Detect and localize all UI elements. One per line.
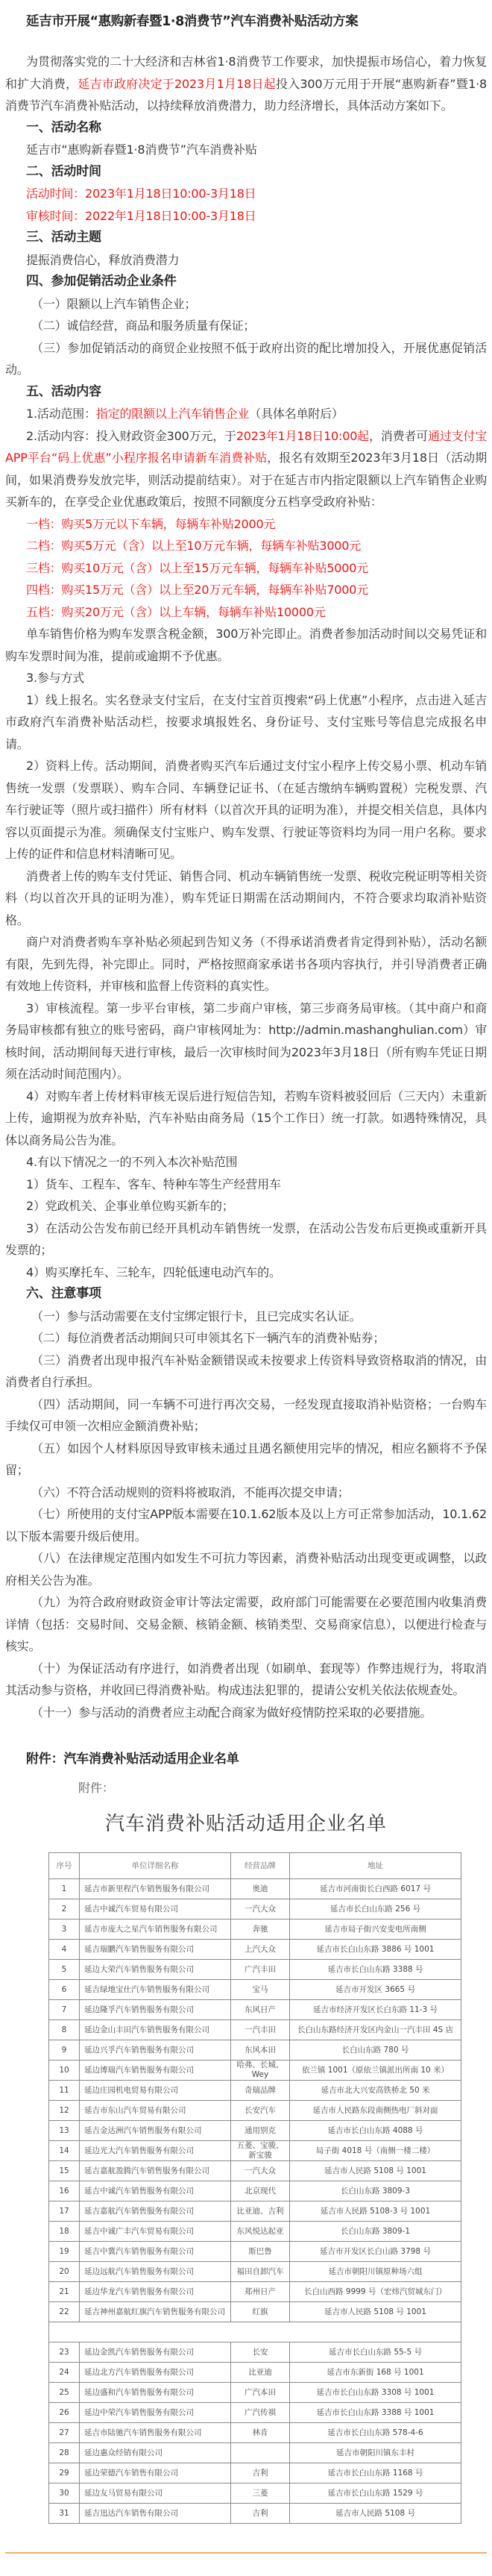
cell-address: 延吉市局子街兴安变电所南侧: [290, 1920, 461, 1940]
section-heading-time: 二、活动时间: [5, 161, 487, 184]
cell-address: 延吉市朝阳川镇东丰村: [290, 2443, 461, 2463]
cell-address: 延吉市人民路 5108-3 号 1001: [290, 2201, 461, 2222]
cell-address: 长白山东路 3809-3: [290, 2181, 461, 2201]
cell-name: 延边惠众经销有限公司: [80, 2443, 231, 2463]
cell-name: 延吉中诚广丰汽车贸易有限公司: [80, 2222, 231, 2242]
cell-brand: 一汽大众: [231, 2161, 290, 2181]
content-label: 2.活动内容：投入财政资金300万元，于: [26, 429, 236, 443]
cell-name: 延边金山丰田汽车销售服务有限公司: [80, 2020, 231, 2040]
cell-address: 依兰镇 1001（原依兰镇派出所南 10 米）: [290, 2061, 461, 2081]
cell-address: 延吉市人民路东段南侧热电厂斜对面: [290, 2101, 461, 2121]
page-break: [49, 2322, 461, 2342]
cell-name: 延吉瑞鹏汽车销售服务有限公司: [80, 1940, 231, 1960]
cell-address: 延吉市长白山东路 3308 号 1001: [290, 2383, 461, 2403]
cell-brand: 哈弗、长城、Wey: [231, 2061, 290, 2081]
cell-brand: 北京现代: [231, 2181, 290, 2201]
cell-name: 延吉中诚汽车销售服务有限公司: [80, 2181, 231, 2201]
cell-no: 20: [49, 2262, 80, 2282]
condition-item: （三）参加促销活动的商贸企业按照不低于政府出资的配比增加投入，开展优惠促销活动。: [5, 337, 487, 381]
table-row: 16 延吉中诚汽车销售服务有限公司 北京现代 长白山东路 3809-3: [49, 2181, 461, 2201]
table-row: 28 延边惠众经销有限公司 延吉市朝阳川镇东丰村: [49, 2443, 461, 2463]
table-row: 21 延边华龙汽车销售服务有限公司 郑州日产 长白山西路 9999 号（宏炜汽贸…: [49, 2282, 461, 2302]
cell-no: 12: [49, 2101, 80, 2121]
note-item: （一）参与活动需要在支付宝绑定银行卡，且已完成实名认证。: [5, 1306, 487, 1328]
table-body: 1 延吉市新里程汽车销售服务有限公司 奥迪 延吉市河南街长白西路 6017 号 …: [49, 1879, 461, 2524]
cell-no: 26: [49, 2403, 80, 2423]
cell-address: 延吉市北大兴安高铁桥北 50 米: [290, 2081, 461, 2101]
table-row: 17 延吉嘉航汽车销售服务有限公司 比亚迪、吉利 延吉市人民路 5108-3 号…: [49, 2201, 461, 2222]
cell-address: 延吉市朝阳川镇原种场六组: [290, 2262, 461, 2282]
cell-name: 延边隆孚汽车销售服务有限公司: [80, 2000, 231, 2020]
cell-address: 延吉市开发区长白山路 3798 号: [290, 2242, 461, 2262]
exclusion-item: 1）货车、工程车、客车、特种车等生产经营用车: [5, 1173, 487, 1196]
content-mid: ，消费者可: [369, 429, 428, 443]
exclusion-item: 4）购买摩托车、三轮车，四轮低速电动汽车的。: [5, 1262, 487, 1284]
cell-name: 延吉迅达汽车销售有限公司: [80, 2504, 231, 2524]
table-header-row: 序号 单位详细名称 经营品牌 地址: [49, 1853, 461, 1879]
activity-theme: 提振消费信心，释放消费潜力: [5, 249, 487, 272]
attachment-label: 附件：: [5, 1777, 487, 1799]
cell-address: 长白山东路 3809-1: [290, 2222, 461, 2242]
column-header-no: 序号: [49, 1853, 80, 1879]
cell-name: 延边北方汽车销售服务有限公司: [80, 2363, 231, 2383]
cell-no: 5: [49, 1960, 80, 1980]
note-item: （八）在法律规定范围内如发生不可抗力等因素，消费补贴活动出现变更或调整，以政府相…: [5, 1547, 487, 1591]
price-note: 单车销售价格为购车发票含税金额，300万补完即止。消费者参加活动时间以交易凭证和…: [5, 623, 487, 667]
cell-address: 延吉市东新街 168 号 1001: [290, 2363, 461, 2383]
cell-name: 延吉金达洲汽车销售服务有限公司: [80, 2121, 231, 2141]
cell-no: 18: [49, 2222, 80, 2242]
table-row: 24 延边北方汽车销售服务有限公司 比亚迪 延吉市东新街 168 号 1001: [49, 2363, 461, 2383]
scope-highlight: 指定的限额以上汽车销售企业: [96, 407, 249, 421]
cell-no: 31: [49, 2504, 80, 2524]
subsidy-tier: 一档：购买5万元以下车辆，每辆车补贴2000元: [5, 513, 487, 536]
subsidy-tier: 三档：购买10万元（含）以上至15万元车辆，每辆车补贴5000元: [5, 557, 487, 580]
table-row: 27 延吉市陆驰汽车销售服务有限公司 林肯 延吉市长白山东路 578-4-6: [49, 2423, 461, 2443]
cell-address: 延吉市河南街长白西路 6017 号: [290, 1879, 461, 1899]
cell-name: 延吉嘉航盈腾汽车销售服务有限公司: [80, 2161, 231, 2181]
table-row: 3 延吉市庞大之星汽车销售服务有限公司 奔驰 延吉市局子街兴安变电所南侧: [49, 1920, 461, 1940]
note-item: （六）不符合活动规则的资料将被取消，不能再次提交申请；: [5, 1482, 487, 1504]
table-row: 31 延吉迅达汽车销售有限公司 吉利 延吉市人民路 5108 号: [49, 2504, 461, 2524]
cell-brand: 吉利: [231, 2504, 290, 2524]
note-item: （九）为符合政府财政资金审计等法定需要，政府部门可能需要在必要范围内收集消费详情…: [5, 1591, 487, 1658]
enterprise-table: 序号 单位详细名称 经营品牌 地址 1 延吉市新里程汽车销售服务有限公司 奥迪 …: [48, 1852, 461, 2524]
participation-step: 商户对消费者购车享补贴必须起到告知义务（不得承诺消费者肯定得到补贴），活动名额有…: [5, 931, 487, 997]
note-item: （五）如因个人材料原因导致审核未通过且遇名额使用完毕的情况，相应名额将不予保留；: [5, 1438, 487, 1482]
activity-time: 活动时间：2023年1月18日10:00-3月18日: [5, 183, 487, 205]
section-heading-theme: 三、活动主题: [5, 227, 487, 249]
cell-address: 长白山东路 780 号: [290, 2040, 461, 2061]
cell-brand: 广汽本田: [231, 2383, 290, 2403]
cell-name: 延吉绿地宝仕汽车销售服务有限公司: [80, 1980, 231, 2000]
column-header-brand: 经营品牌: [231, 1853, 290, 1879]
cell-brand: 广汽丰田: [231, 1960, 290, 1980]
section-heading-content: 五、活动内容: [5, 381, 487, 404]
table-row: 14 延边光大汽车销售服务有限公司 五菱、宝骏、新宝骏 局子街 4018 号（南…: [49, 2141, 461, 2161]
cell-address: 延吉市长白山东路 3388 号 1001: [290, 2403, 461, 2423]
cell-brand: 东风日产: [231, 2000, 290, 2020]
cell-name: 延吉市陆驰汽车销售服务有限公司: [80, 2423, 231, 2443]
cell-brand: 上汽大众: [231, 1940, 290, 1960]
cell-no: 29: [49, 2463, 80, 2483]
table-row: 20 延边远航汽车销售服务有限公司 福田自卸汽车 延吉市朝阳川镇原种场六组: [49, 2262, 461, 2282]
cell-no: 4: [49, 1940, 80, 1960]
cell-brand: 广汽传祺: [231, 2403, 290, 2423]
cell-brand: 长安汽车: [231, 2101, 290, 2121]
article: 延吉市开展“惠购新春暨1·8消费节”汽车消费补贴活动方案 为贯彻落实党的二十大经…: [0, 0, 492, 2576]
table-title: 汽车消费补贴活动适用企业名单: [5, 1809, 487, 1839]
cell-name: 延吉市庞大之星汽车销售服务有限公司: [80, 1920, 231, 1940]
cell-no: 24: [49, 2363, 80, 2383]
page-title: 延吉市开展“惠购新春暨1·8消费节”汽车消费补贴活动方案: [5, 10, 487, 33]
cell-name: 延吉市东山汽车贸易有限公司: [80, 2101, 231, 2121]
cell-brand: 吉利: [231, 2463, 290, 2483]
cell-address: 延吉市长白山东路 3388 号: [290, 1960, 461, 1980]
note-item: （十）为保证活动有序进行，如消费者出现（如刷单、套现等）作弊违规行为，将取消其活…: [5, 1658, 487, 1702]
cell-address: 延吉市人民路 5108 号: [290, 2504, 461, 2524]
table-row: 26 延边中荣汽车销售服务有限公司 广汽传祺 延吉市长白山东路 3388 号 1…: [49, 2403, 461, 2423]
cell-name: 延边兴孚汽车销售服务有限公司: [80, 2040, 231, 2061]
cell-address: 延吉市开发区 3665 号: [290, 1980, 461, 2000]
cell-address: 延吉市长白山东路 55-5 号: [290, 2342, 461, 2363]
subsidy-tier: 二档：购买5万元（含）以上至10万元车辆，每辆车补贴3000元: [5, 535, 487, 557]
cell-no: 9: [49, 2040, 80, 2061]
cell-no: 7: [49, 2000, 80, 2020]
cell-address: 延吉市长白山东路 578-4-6: [290, 2423, 461, 2443]
cell-name: 延边庄园机电贸易有限公司: [80, 2081, 231, 2101]
cell-brand: 红旗: [231, 2302, 290, 2322]
cell-brand: 长安: [231, 2342, 290, 2363]
cell-address: 延吉市经济开发区长白东路 11-3 号: [290, 2000, 461, 2020]
cell-name: 延边博瑞汽车销售服务有限公司: [80, 2061, 231, 2081]
participation-step: 4）对购车者上传材料审核无误后进行短信告知，若购车资料被驳回后（三天内）未重新上…: [5, 1085, 487, 1152]
table-row: 30 延边友马贸易有限公司 三菱 延吉市长白山东路 1529 号: [49, 2483, 461, 2504]
cell-address: 延吉市长白山东路 256 号: [290, 1899, 461, 1920]
cell-brand: 宝马: [231, 1980, 290, 2000]
table-row: 10 延边博瑞汽车销售服务有限公司 哈弗、长城、Wey 依兰镇 1001（原依兰…: [49, 2061, 461, 2081]
note-item: （十一）参与活动的消费者应主动配合商家为做好疫情防控采取的必要措施。: [5, 1702, 487, 1724]
cell-brand: 一汽大众: [231, 1899, 290, 1920]
cell-name: 延边盛和汽车销售服务有限公司: [80, 2383, 231, 2403]
table-row: 1 延吉市新里程汽车销售服务有限公司 奥迪 延吉市河南街长白西路 6017 号: [49, 1879, 461, 1899]
subsidy-tier: 四档：购买15万元（含）以上至20万元车辆，每辆车补贴7000元: [5, 579, 487, 601]
cell-brand: 五菱、宝骏、新宝骏: [231, 2141, 290, 2161]
cell-no: 15: [49, 2161, 80, 2181]
cell-no: 13: [49, 2121, 80, 2141]
cell-name: 延边光大汽车销售服务有限公司: [80, 2141, 231, 2161]
table-row: 19 延吉中冀汽车销售服务有限公司 斯巴鲁 延吉市开发区长白山路 3798 号: [49, 2242, 461, 2262]
cell-brand: [231, 2443, 290, 2463]
cell-name: 延吉市新里程汽车销售服务有限公司: [80, 1879, 231, 1899]
table-row: 2 延吉中诚汽车贸易有限公司 一汽大众 延吉市长白山东路 256 号: [49, 1899, 461, 1920]
cell-no: 6: [49, 1980, 80, 2000]
cell-no: 23: [49, 2342, 80, 2363]
scope-note: （具体名单附后）: [249, 407, 343, 421]
intro-highlight: 延吉市政府决定于2023月1月18日起: [78, 77, 276, 91]
cell-no: 8: [49, 2020, 80, 2040]
cell-name: 延边荣德汽车销售有限公司: [80, 2463, 231, 2483]
section-heading-notes: 六、注意事项: [5, 1283, 487, 1306]
intro-paragraph: 为贯彻落实党的二十大经济和吉林省1·8消费节工作要求，加快提振市场信心，着力恢复…: [5, 51, 487, 117]
cell-no: 27: [49, 2423, 80, 2443]
cell-brand: 东风本田: [231, 2040, 290, 2061]
cell-brand: 奥迪: [231, 1879, 290, 1899]
table-row: 29 延边荣德汽车销售有限公司 吉利 延吉市长白山东路 1168 号: [49, 2463, 461, 2483]
review-time: 审核时间：2022年1月18日10:00-3月18日: [5, 205, 487, 228]
note-item: （二）每位消费者活动期间只可申领其名下一辆汽车的消费补贴券；: [5, 1327, 487, 1350]
cell-brand: 林肯: [231, 2423, 290, 2443]
cell-name: 延吉神州嘉航红旗汽车销售服务有限公司: [80, 2302, 231, 2322]
cell-no: 30: [49, 2483, 80, 2504]
cell-name: 延吉嘉航汽车销售服务有限公司: [80, 2201, 231, 2222]
cell-no: 28: [49, 2443, 80, 2463]
spacer: [5, 1723, 487, 1746]
participation-heading: 3.参与方式: [5, 667, 487, 689]
cell-brand: 通用别克: [231, 2121, 290, 2141]
cell-name: 延边远航汽车销售服务有限公司: [80, 2262, 231, 2282]
cell-no: 3: [49, 1920, 80, 1940]
subsidy-tier: 五档：购买20万元（含）以上车辆，每辆车补贴10000元: [5, 601, 487, 624]
cell-address: 长白山东路经济开发区内金山一汽丰田 4S 店: [290, 2020, 461, 2040]
table-row: 23 延边金凯汽车销售服务有限公司 长安 延吉市长白山东路 55-5 号: [49, 2342, 461, 2363]
cell-name: 延边金凯汽车销售服务有限公司: [80, 2342, 231, 2363]
activity-name: 延吉市“惠购新春暨1·8消费节”汽车消费补贴: [5, 139, 487, 161]
table-row: 9 延边兴孚汽车销售服务有限公司 东风本田 长白山东路 780 号: [49, 2040, 461, 2061]
cell-address: 局子街 4018 号（南侧一楼二楼）: [290, 2141, 461, 2161]
note-item: （四）活动期间，同一车辆不可进行再次交易，一经发现直接取消补贴资格；一台购车手续…: [5, 1394, 487, 1438]
cell-no: 17: [49, 2201, 80, 2222]
exclusion-item: 2）党政机关、企事业单位购买新车的；: [5, 1195, 487, 1218]
participation-step: 1）线上报名。实名登录支付宝后，在支付宝首页搜索“码上优惠”小程序，点击进入延吉…: [5, 689, 487, 756]
cell-name: 延边华龙汽车销售服务有限公司: [80, 2282, 231, 2302]
cell-no: 14: [49, 2141, 80, 2161]
cell-no: 11: [49, 2081, 80, 2101]
cell-no: 1: [49, 1879, 80, 1899]
cell-address: 延吉市人民路 5108 号 1001: [290, 2302, 461, 2322]
cell-address: 延吉市长白山东路 1168 号: [290, 2463, 461, 2483]
content-start-highlight: 2023年1月18日10:00起: [236, 429, 369, 443]
cell-brand: 郑州日产: [231, 2282, 290, 2302]
table-row: 18 延吉中诚广丰汽车贸易有限公司 东风悦达起亚 长白山东路 3809-1: [49, 2222, 461, 2242]
cell-name: 延边大荣汽车销售服务有限公司: [80, 1960, 231, 1980]
exclusions-heading: 4.有以下情况之一的不列入本次补贴范围: [5, 1151, 487, 1173]
activity-scope: 1.活动范围：指定的限额以上汽车销售企业（具体名单附后）: [5, 403, 487, 425]
cell-name: 延吉中诚汽车贸易有限公司: [80, 1899, 231, 1920]
table-row: 7 延边隆孚汽车销售服务有限公司 东风日产 延吉市经济开发区长白东路 11-3 …: [49, 2000, 461, 2020]
cell-address: 延吉市长白山东路 1529 号: [290, 2483, 461, 2504]
attachment-heading: 附件：汽车消费补贴活动适用企业名单: [5, 1749, 487, 1771]
cell-no: 10: [49, 2061, 80, 2081]
cell-brand: 三菱: [231, 2483, 290, 2504]
activity-content: 2.活动内容：投入财政资金300万元，于2023年1月18日10:00起，消费者…: [5, 425, 487, 513]
table-row: 6 延吉绿地宝仕汽车销售服务有限公司 宝马 延吉市开发区 3665 号: [49, 1980, 461, 2000]
table-row: 11 延边庄园机电贸易有限公司 奇瑞品牌 延吉市北大兴安高铁桥北 50 米: [49, 2081, 461, 2101]
cell-no: 16: [49, 2181, 80, 2201]
condition-item: （一）限额以上汽车销售企业；: [5, 293, 487, 316]
cell-address: 延吉市长白山东路 4088 号: [290, 2121, 461, 2141]
cell-address: 延吉市长白山东路 3886 号 1001: [290, 1940, 461, 1960]
note-item: （七）所使用的支付宝APP版本需要在10.1.62版本及以上方可正常参加活动，1…: [5, 1503, 487, 1547]
cell-no: 22: [49, 2302, 80, 2322]
cell-no: 25: [49, 2383, 80, 2403]
participation-step: 2）资料上传。活动期间，消费者购买汽车后通过支付宝小程序上传交易小票、机动车销售…: [5, 755, 487, 865]
cell-address: 长白山西路 9999 号（宏炜汽贸城东门）: [290, 2282, 461, 2302]
participation-step: 3）审核流程。第一步平台审核，第二步商户审核，第三步商务局审核。（其中商户和商务…: [5, 997, 487, 1085]
attachment-image: 附件： 汽车消费补贴活动适用企业名单 序号 单位详细名称 经营品牌 地址 1 延…: [5, 1777, 487, 2525]
scope-label: 1.活动范围：: [26, 407, 96, 421]
table-row: 5 延边大荣汽车销售服务有限公司 广汽丰田 延吉市长白山东路 3388 号: [49, 1960, 461, 1980]
participation-step: 消费者上传的购车支付凭证、销售合同、机动车辆销售统一发票、税收完税证明等相关资料…: [5, 865, 487, 932]
section-heading-conditions: 四、参加促销活动企业条件: [5, 271, 487, 293]
cell-brand: 奔驰: [231, 1920, 290, 1940]
cell-name: 延边中荣汽车销售服务有限公司: [80, 2403, 231, 2423]
table-row: 13 延吉金达洲汽车销售服务有限公司 通用别克 延吉市长白山东路 4088 号: [49, 2121, 461, 2141]
cell-brand: 东风悦达起亚: [231, 2222, 290, 2242]
table-row: 4 延吉瑞鹏汽车销售服务有限公司 上汽大众 延吉市长白山东路 3886 号 10…: [49, 1940, 461, 1960]
cell-address: 延吉市人民路 5108 号 1001: [290, 2161, 461, 2181]
cell-no: 21: [49, 2282, 80, 2302]
cell-brand: 一汽丰田: [231, 2020, 290, 2040]
cell-no: 2: [49, 1899, 80, 1920]
section-heading-name: 一、活动名称: [5, 117, 487, 140]
cell-no: 19: [49, 2242, 80, 2262]
cell-brand: 比亚迪: [231, 2363, 290, 2383]
table-row: 15 延吉嘉航盈腾汽车销售服务有限公司 一汽大众 延吉市人民路 5108 号 1…: [49, 2161, 461, 2181]
table-row: 22 延吉神州嘉航红旗汽车销售服务有限公司 红旗 延吉市人民路 5108 号 1…: [49, 2302, 461, 2322]
cell-brand: 比亚迪、吉利: [231, 2201, 290, 2222]
table-row: 8 延边金山丰田汽车销售服务有限公司 一汽丰田 长白山东路经济开发区内金山一汽丰…: [49, 2020, 461, 2040]
cell-brand: 福田自卸汽车: [231, 2262, 290, 2282]
note-item: （三）消费者出现申报汽车补贴金额错误或未按要求上传资料导致资格取消的情况，由消费…: [5, 1350, 487, 1394]
cell-name: 延吉中冀汽车销售服务有限公司: [80, 2242, 231, 2262]
cell-brand: 奇瑞品牌: [231, 2081, 290, 2101]
table-row: 12 延吉市东山汽车贸易有限公司 长安汽车 延吉市人民路东段南侧热电厂斜对面: [49, 2101, 461, 2121]
cell-name: 延边友马贸易有限公司: [80, 2483, 231, 2504]
column-header-name: 单位详细名称: [80, 1853, 231, 1879]
table-row: 25 延边盛和汽车销售服务有限公司 广汽本田 延吉市长白山东路 3308 号 1…: [49, 2383, 461, 2403]
cell-brand: 斯巴鲁: [231, 2242, 290, 2262]
condition-item: （二）诚信经营，商品和服务质量有保证；: [5, 315, 487, 337]
exclusion-item: 3）在活动公告发布前已经开具机动车销售统一发票，在活动公告发布后更换或重新开具发…: [5, 1218, 487, 1262]
column-header-address: 地址: [290, 1853, 461, 1879]
